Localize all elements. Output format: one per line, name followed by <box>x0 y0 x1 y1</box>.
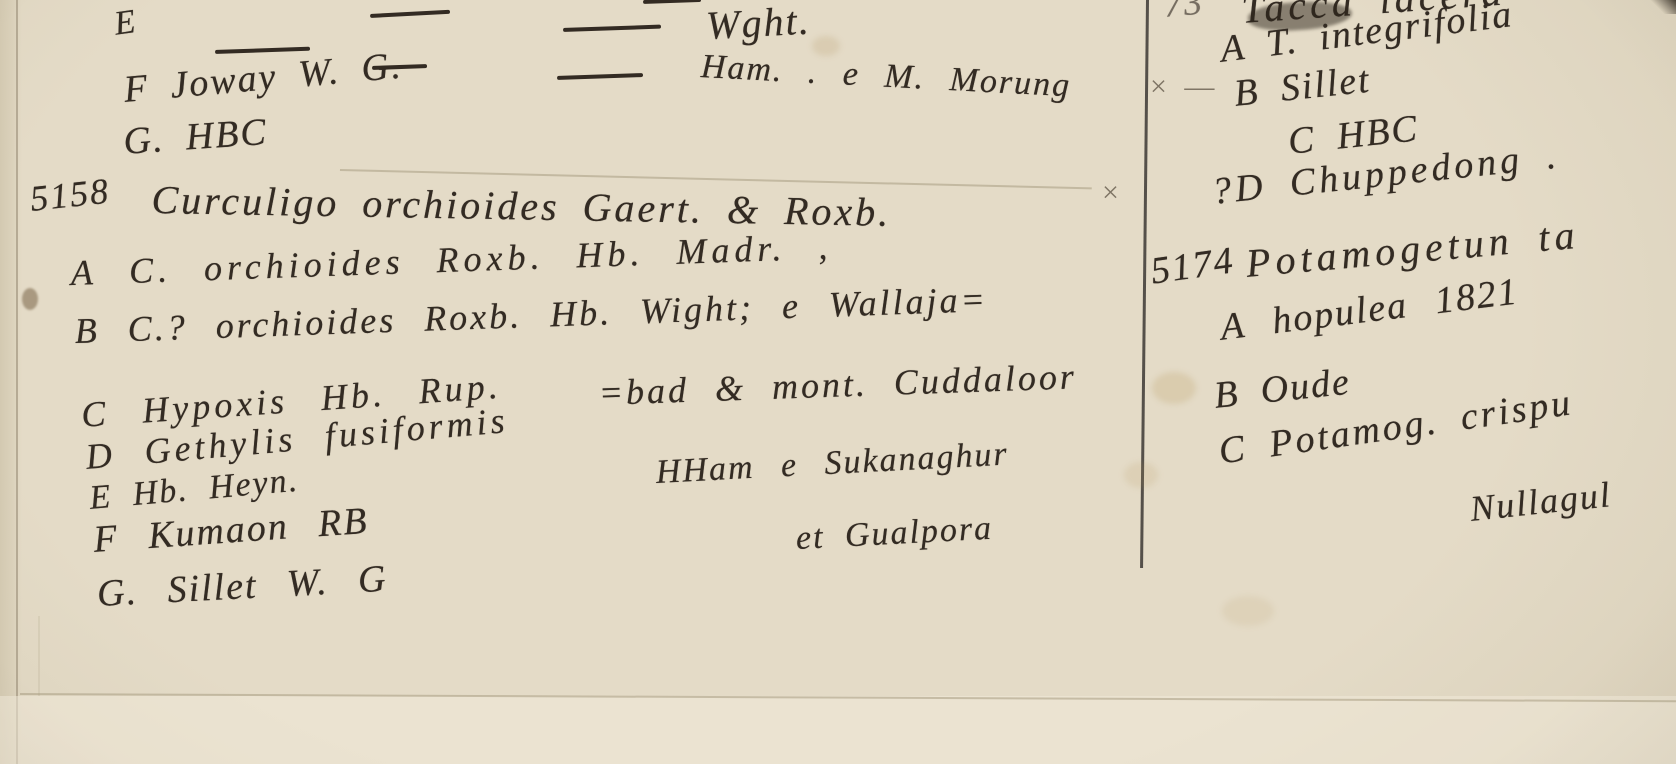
ditto-mark <box>643 0 701 4</box>
hamilton-morung-attribution: Ham. . e M. Morung <box>700 48 1072 105</box>
specimen-line-b-continuation: =bad & mont. Cuddaloor <box>598 355 1078 414</box>
entry-name-5174-partial: Potamogetun ta <box>1244 211 1581 287</box>
specimen-line-b: B C.? orchioides Roxb. Hb. Wight; e Wall… <box>74 278 988 352</box>
ditto-mark <box>557 73 643 80</box>
photo-corner-shadow <box>1650 0 1676 14</box>
pencil-x-dash-mark: × — <box>1150 70 1214 104</box>
gutter-blemish <box>22 288 38 310</box>
specimen-line-d-locality-2: et Gualpora <box>795 510 994 558</box>
row-g-hbc-line: G. HBC <box>122 110 269 164</box>
herbarium-wight-attribution: Wght. <box>705 0 812 49</box>
stain <box>1124 462 1158 488</box>
specimen-line-d-locality: HHam e Sukanaghur <box>655 436 1010 492</box>
row-label-e: E <box>112 3 140 44</box>
ditto-mark <box>563 25 661 32</box>
specimen-line-g: G. Sillet W. G <box>96 557 389 616</box>
specimen-line-a: A C. orchioides Roxb. Hb. Madr. , <box>70 225 833 294</box>
stain <box>1152 372 1196 404</box>
bottom-page-margin <box>0 696 1676 764</box>
row-f-joway-line: F Joway W. G. <box>122 44 404 112</box>
right-5174-line-b: B Oude <box>1212 360 1353 418</box>
ledger-page: E Wght. Ham. . e M. Morung F Joway W. G.… <box>0 0 1676 764</box>
right-entry-number-partial: 73 <box>1162 0 1206 26</box>
entry-number-5158: 5158 <box>28 170 112 220</box>
pencil-x-mark: × <box>1102 176 1121 210</box>
embossed-frame-impression <box>38 616 40 696</box>
entry-number-5174: 5174 <box>1148 238 1237 293</box>
page-gutter <box>0 0 22 764</box>
ditto-mark <box>370 10 450 18</box>
page-fold-crease <box>16 0 18 764</box>
stain <box>1222 596 1274 626</box>
right-5174-line-c-continuation: Nullagul <box>1468 473 1614 530</box>
